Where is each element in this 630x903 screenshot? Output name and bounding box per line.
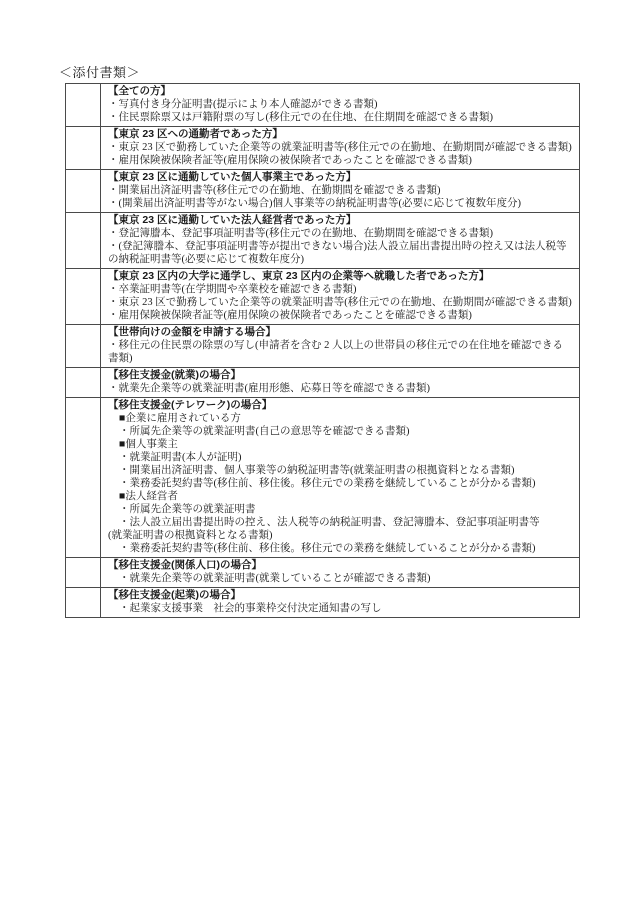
document-item: ・卒業証明書等(在学期間や卒業校を確認できる書類) (108, 283, 573, 296)
attachment-table-body: 【全ての方】・写真付き身分証明書(提示により本人確認ができる書類)・住民票除票又… (66, 84, 580, 618)
document-item: ・所属先企業等の就業証明書(自己の意思等を確認できる書類) (108, 425, 573, 438)
category-header: 【世帯向けの金額を申請する場合】 (108, 326, 573, 339)
row-content-cell: 【東京 23 区への通勤者であった方】・東京 23 区で勤務していた企業等の就業… (101, 127, 580, 170)
document-item: ・開業届出済証明書等(移住元での在勤地、在勤期間を確認できる書類) (108, 184, 573, 197)
document-item: ・写真付き身分証明書(提示により本人確認ができる書類) (108, 98, 573, 111)
category-header: 【東京 23 区への通勤者であった方】 (108, 128, 573, 141)
document-item: ・住民票除票又は戸籍附票の写し(移住元での在住地、在住期間を確認できる書類) (108, 111, 573, 124)
row-number-cell (66, 325, 101, 368)
document-item: ・東京 23 区で勤務していた企業等の就業証明書等(移住元での在勤地、在勤期間が… (108, 141, 573, 154)
table-row: 【東京 23 区に通勤していた法人経営者であった方】・登記簿謄本、登記事項証明書… (66, 213, 580, 269)
table-row: 【移住支援金(起業)の場合】・起業家支援事業 社会的事業枠交付決定通知書の写し (66, 588, 580, 618)
document-item: ・(登記簿謄本、登記事項証明書等が提出できない場合)法人設立届出書提出時の控え又… (108, 240, 573, 266)
row-content-cell: 【移住支援金(関係人口)の場合】・就業先企業等の就業証明書(就業していることが確… (101, 558, 580, 588)
document-item: ・(開業届出済証明書等がない場合)個人事業等の納税証明書等(必要に応じて複数年度… (108, 197, 573, 210)
category-header: 【移住支援金(就業)の場合】 (108, 369, 573, 382)
row-number-cell (66, 269, 101, 325)
category-header: 【全ての方】 (108, 85, 573, 98)
row-number-cell (66, 368, 101, 398)
document-item: (就業証明書の根拠資料となる書類) (108, 529, 573, 542)
document-item: ■法人経営者 (108, 490, 573, 503)
row-number-cell (66, 558, 101, 588)
row-content-cell: 【移住支援金(起業)の場合】・起業家支援事業 社会的事業枠交付決定通知書の写し (101, 588, 580, 618)
document-item: ・就業先企業等の就業証明書(雇用形態、応募日等を確認できる書類) (108, 382, 573, 395)
document-item: ・法人設立届出書提出時の控え、法人税等の納税証明書、登記簿謄本、登記事項証明書等 (108, 516, 573, 529)
document-item: ・雇用保険被保険者証等(雇用保険の被保険者であったことを確認できる書類) (108, 309, 573, 322)
document-item: ・東京 23 区で勤務していた企業等の就業証明書等(移住元での在勤地、在勤期間が… (108, 296, 573, 309)
row-number-cell (66, 588, 101, 618)
row-number-cell (66, 213, 101, 269)
category-header: 【移住支援金(起業)の場合】 (108, 589, 573, 602)
page-title: ＜添付書類＞ (59, 62, 140, 81)
row-content-cell: 【東京 23 区に通勤していた法人経営者であった方】・登記簿謄本、登記事項証明書… (101, 213, 580, 269)
category-header: 【東京 23 区に通勤していた法人経営者であった方】 (108, 214, 573, 227)
table-row: 【世帯向けの金額を申請する場合】・移住元の住民票の除票の写し(申請者を含む 2 … (66, 325, 580, 368)
category-header: 【移住支援金(関係人口)の場合】 (108, 559, 573, 572)
table-row: 【東京 23 区への通勤者であった方】・東京 23 区で勤務していた企業等の就業… (66, 127, 580, 170)
row-number-cell (66, 84, 101, 127)
row-content-cell: 【移住支援金(テレワーク)の場合】■企業に雇用されている方・所属先企業等の就業証… (101, 398, 580, 558)
row-content-cell: 【全ての方】・写真付き身分証明書(提示により本人確認ができる書類)・住民票除票又… (101, 84, 580, 127)
row-number-cell (66, 398, 101, 558)
document-item: ・登記簿謄本、登記事項証明書等(移住元での在勤地、在勤期間を確認できる書類) (108, 227, 573, 240)
attachment-documents-table: 【全ての方】・写真付き身分証明書(提示により本人確認ができる書類)・住民票除票又… (65, 83, 580, 618)
row-number-cell (66, 170, 101, 213)
category-header: 【東京 23 区内の大学に通学し、東京 23 区内の企業等へ就職した者であった方… (108, 270, 573, 283)
table-row: 【移住支援金(関係人口)の場合】・就業先企業等の就業証明書(就業していることが確… (66, 558, 580, 588)
category-header: 【移住支援金(テレワーク)の場合】 (108, 399, 573, 412)
row-content-cell: 【東京 23 区内の大学に通学し、東京 23 区内の企業等へ就職した者であった方… (101, 269, 580, 325)
table-row: 【移住支援金(就業)の場合】・就業先企業等の就業証明書(雇用形態、応募日等を確認… (66, 368, 580, 398)
table-row: 【移住支援金(テレワーク)の場合】■企業に雇用されている方・所属先企業等の就業証… (66, 398, 580, 558)
document-item: ・雇用保険被保険者証等(雇用保険の被保険者であったことを確認できる書類) (108, 154, 573, 167)
document-item: ・所属先企業等の就業証明書 (108, 503, 573, 516)
table-row: 【全ての方】・写真付き身分証明書(提示により本人確認ができる書類)・住民票除票又… (66, 84, 580, 127)
row-content-cell: 【世帯向けの金額を申請する場合】・移住元の住民票の除票の写し(申請者を含む 2 … (101, 325, 580, 368)
document-item: ・就業先企業等の就業証明書(就業していることが確認できる書類) (108, 572, 573, 585)
document-item: ・就業証明書(本人が証明) (108, 451, 573, 464)
document-page: ＜添付書類＞ 【全ての方】・写真付き身分証明書(提示により本人確認ができる書類)… (0, 0, 630, 903)
category-header: 【東京 23 区に通勤していた個人事業主であった方】 (108, 171, 573, 184)
document-item: ・業務委託契約書等(移住前、移住後。移住元での業務を継続していることが分かる書類… (108, 542, 573, 555)
table-row: 【東京 23 区に通勤していた個人事業主であった方】・開業届出済証明書等(移住元… (66, 170, 580, 213)
row-content-cell: 【移住支援金(就業)の場合】・就業先企業等の就業証明書(雇用形態、応募日等を確認… (101, 368, 580, 398)
document-item: ・開業届出済証明書、個人事業等の納税証明書等(就業証明書の根拠資料となる書類) (108, 464, 573, 477)
row-content-cell: 【東京 23 区に通勤していた個人事業主であった方】・開業届出済証明書等(移住元… (101, 170, 580, 213)
table-row: 【東京 23 区内の大学に通学し、東京 23 区内の企業等へ就職した者であった方… (66, 269, 580, 325)
document-item: ■個人事業主 (108, 438, 573, 451)
document-item: ・起業家支援事業 社会的事業枠交付決定通知書の写し (108, 602, 573, 615)
document-item: ・業務委託契約書等(移住前、移住後。移住元での業務を継続していることが分かる書類… (108, 477, 573, 490)
document-item: ・移住元の住民票の除票の写し(申請者を含む 2 人以上の世帯員の移住元での在住地… (108, 339, 573, 365)
document-item: ■企業に雇用されている方 (108, 412, 573, 425)
row-number-cell (66, 127, 101, 170)
